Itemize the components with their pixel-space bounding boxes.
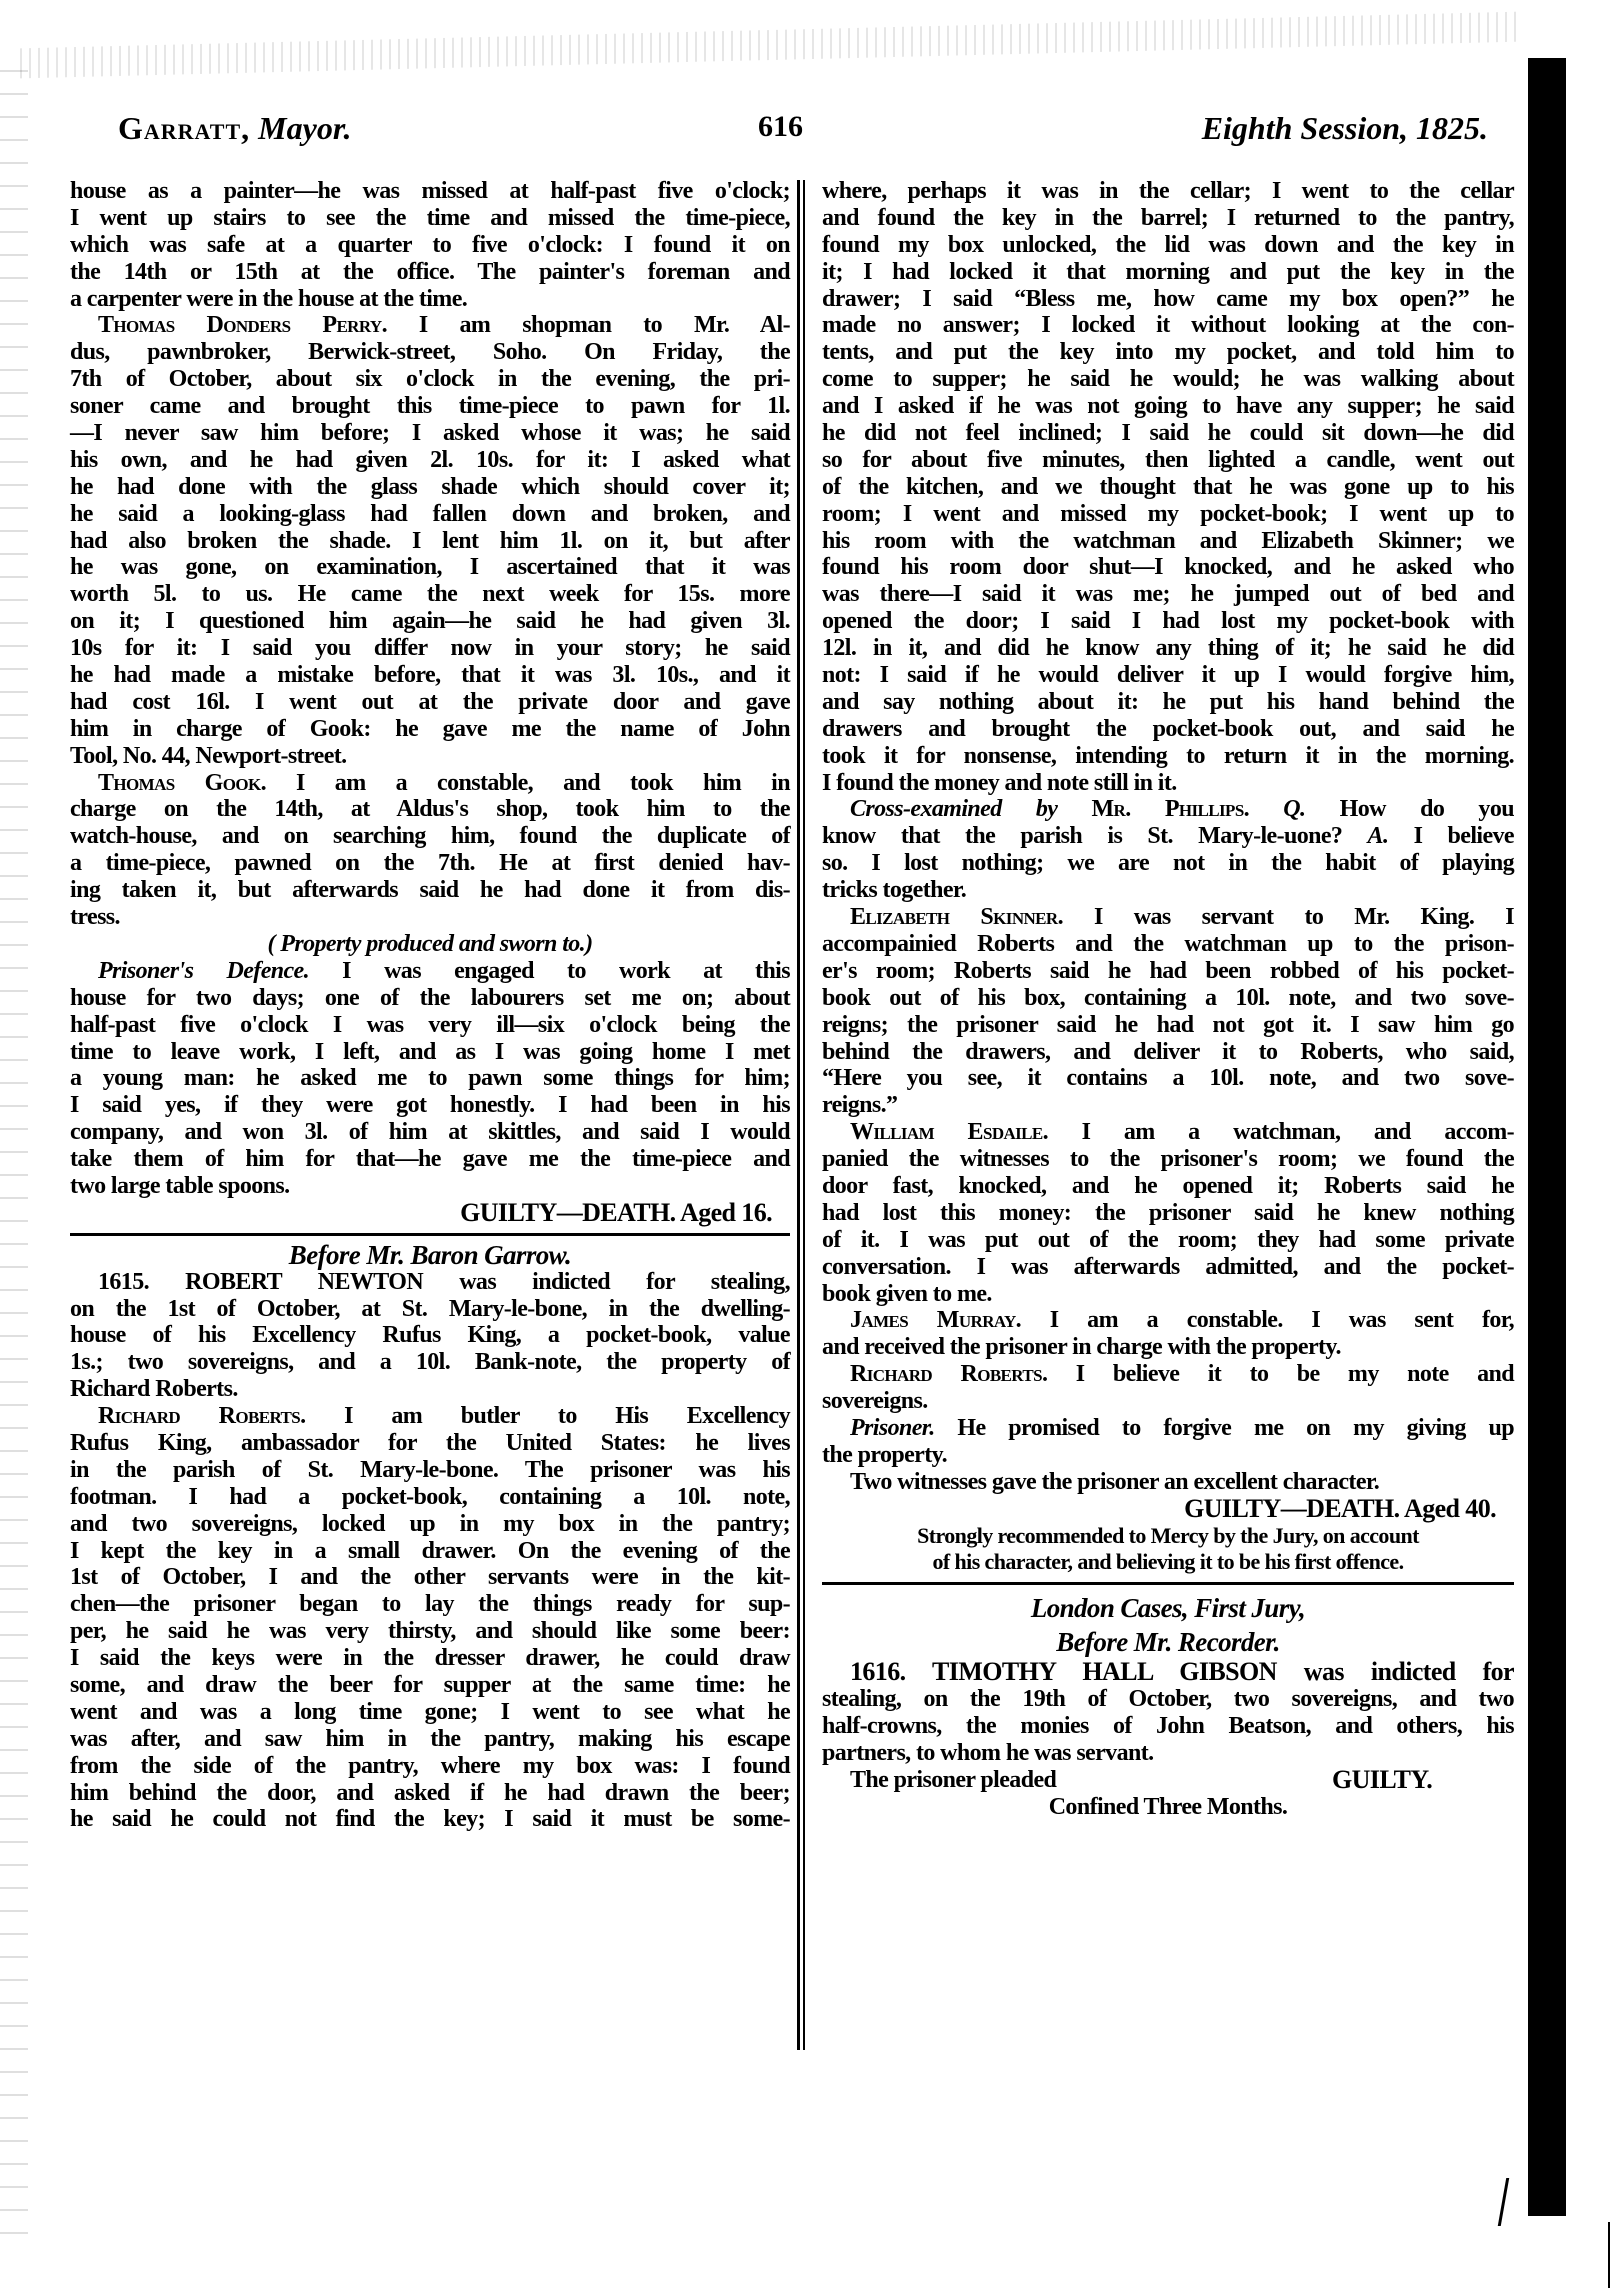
text-line: Thomas Gook. I am a constable, and took … — [70, 770, 790, 797]
text-line: he had done with the glass shade which s… — [70, 474, 790, 501]
text-line: house as a painter—he was missed at half… — [70, 178, 790, 205]
text-line: Tool, No. 44, Newport-street. — [70, 743, 790, 770]
text-line: a time-piece, pawned on the 7th. He at f… — [70, 850, 790, 877]
text-line: went and was a long time gone; I went to… — [70, 1699, 790, 1726]
text-line: so. I lost nothing; we are not in the ha… — [822, 850, 1514, 877]
text-line: 1st of October, I and the other servants… — [70, 1564, 790, 1591]
testimony-skinner: Elizabeth Skinner. I was servant to Mr. … — [822, 904, 1514, 1119]
text-line: it; I had locked it that morning and put… — [822, 259, 1514, 286]
text-line: Prisoner. He promised to forgive me on m… — [822, 1415, 1514, 1442]
scan-edge-noise-top — [20, 12, 1520, 79]
text-line: found his room door shut—I knocked, and … — [822, 554, 1514, 581]
verdict: GUILTY—DEATH. Aged 40. — [822, 1496, 1514, 1523]
plea-line: The prisoner pleaded GUILTY. — [822, 1767, 1514, 1794]
case-1616-indictment: 1616. TIMOTHY HALL GIBSON was indicted f… — [822, 1659, 1514, 1767]
sentence: Confined Three Months. — [822, 1794, 1514, 1821]
text-line: his room with the watchman and Elizabeth… — [822, 528, 1514, 555]
scan-edge-noise-left — [0, 70, 28, 2250]
plea-verdict: GUILTY. — [1332, 1767, 1432, 1794]
ink-mark — [1498, 2178, 1509, 2226]
testimony-roberts: Richard Roberts. I am butler to His Exce… — [70, 1403, 790, 1833]
left-column: house as a painter—he was missed at half… — [70, 178, 790, 1833]
text-line: panied the witnesses to the prisoner's r… — [822, 1146, 1514, 1173]
text-line: opened the door; I said I had lost my po… — [822, 608, 1514, 635]
verdict: GUILTY—DEATH. Aged 16. — [70, 1200, 790, 1227]
character-note: Two witnesses gave the prisoner an excel… — [822, 1469, 1514, 1496]
text-line: behind the drawers, and deliver it to Ro… — [822, 1039, 1514, 1066]
testimony-murray: James Murray. I am a constable. I was se… — [822, 1307, 1514, 1361]
text-line: had cost 16l. I went out at the private … — [70, 689, 790, 716]
case-1615-indictment: 1615. ROBERT NEWTON was indicted for ste… — [70, 1269, 790, 1403]
text-line: 12l. in it, and did he know any thing of… — [822, 635, 1514, 662]
text-line: and two sovereigns, locked up in my box … — [70, 1511, 790, 1538]
prisoner-defence: Prisoner's Defence. I was engaged to wor… — [70, 958, 790, 1200]
text-line: house for two days; one of the labourers… — [70, 985, 790, 1012]
text-line: he was gone, on examination, I ascertain… — [70, 554, 790, 581]
case-number: 1616. — [850, 1657, 906, 1686]
section-heading: London Cases, First Jury, — [822, 1591, 1514, 1625]
case-number: 1615. — [98, 1269, 149, 1295]
text-line: took it for nonsense, intending to retur… — [822, 743, 1514, 770]
defendant-name: ROBERT NEWTON — [185, 1269, 423, 1295]
text-line: found my box unlocked, the lid was down … — [822, 232, 1514, 259]
text-line: him behind the door, and asked if he had… — [70, 1780, 790, 1807]
property-note: ( Property produced and sworn to.) — [70, 931, 790, 958]
defendant-name: TIMOTHY HALL GIBSON — [932, 1657, 1277, 1686]
session-label: Eighth Session, 1825. — [1202, 110, 1488, 147]
text-line: stealing, on the 19th of October, two so… — [822, 1686, 1514, 1713]
text-line: “Here you see, it contains a 10l. note, … — [822, 1065, 1514, 1092]
mercy-recommendation: Strongly recommended to Mercy by the Jur… — [822, 1523, 1514, 1550]
section-rule — [70, 1233, 790, 1236]
text-line: I went up stairs to see the time and mis… — [70, 205, 790, 232]
text-line: 1616. TIMOTHY HALL GIBSON was indicted f… — [822, 1659, 1514, 1686]
text-line: made no answer; I locked it without look… — [822, 312, 1514, 339]
text-line: not: I said if he would deliver it up I … — [822, 662, 1514, 689]
plea-label: The prisoner pleaded — [850, 1767, 1056, 1793]
text-line: ing taken it, but afterwards said he had… — [70, 877, 790, 904]
mayor-title: Mayor. — [258, 110, 351, 146]
text-line: and say nothing about it: he put his han… — [822, 689, 1514, 716]
text-line: half-past five o'clock I was very ill—si… — [70, 1012, 790, 1039]
mayor-name: Garratt, — [118, 110, 250, 146]
text-line: in the parish of St. Mary-le-bone. The p… — [70, 1457, 790, 1484]
text-line: take them of him for that—he gave me the… — [70, 1146, 790, 1173]
text-line: worth 5l. to us. He came the next week f… — [70, 581, 790, 608]
text-line: half-crowns, the monies of John Beatson,… — [822, 1713, 1514, 1740]
text-line: Cross-examined by Mr. Phillips. Q. How d… — [822, 796, 1514, 823]
prisoner-statement: Prisoner. He promised to forgive me on m… — [822, 1415, 1514, 1469]
mercy-recommendation: of his character, and believing it to be… — [822, 1549, 1514, 1576]
text-line: company, and won 3l. of him at skittles,… — [70, 1119, 790, 1146]
text-line: and received the prisoner in charge with… — [822, 1334, 1514, 1361]
text-line: watch-house, and on searching him, found… — [70, 823, 790, 850]
witness-name: James Murray. — [850, 1307, 1021, 1333]
court-heading: Before Mr. Baron Garrow. — [70, 1242, 790, 1269]
scan-edge-line — [1608, 2222, 1610, 2288]
text-line: come to supper; he said he would; he was… — [822, 366, 1514, 393]
text-line: drawers and brought the pocket-book out,… — [822, 716, 1514, 743]
text-line: William Esdaile. I am a watchman, and ac… — [822, 1119, 1514, 1146]
witness-name: Richard Roberts. — [98, 1403, 306, 1429]
right-column: where, perhaps it was in the cellar; I w… — [822, 178, 1514, 1821]
cross-examination: Cross-examined by Mr. Phillips. Q. How d… — [822, 796, 1514, 904]
text-line: was after, and saw him in the pantry, ma… — [70, 1726, 790, 1753]
text-line: Rufus King, ambassador for the United St… — [70, 1430, 790, 1457]
text-line: two large table spoons. — [70, 1173, 790, 1200]
testimony-roberts-recalled: Richard Roberts. I believe it to be my n… — [822, 1361, 1514, 1415]
text-line: where, perhaps it was in the cellar; I w… — [822, 178, 1514, 205]
running-head: Garratt, Mayor. 616 Eighth Session, 1825… — [118, 110, 1488, 150]
book-spine-shadow — [1528, 58, 1566, 2216]
text-line: on the 1st of October, at St. Mary-le-bo… — [70, 1296, 790, 1323]
text-line: and I asked if he was not going to have … — [822, 393, 1514, 420]
text-line: Thomas Donders Perry. I am shopman to Mr… — [70, 312, 790, 339]
court-heading: Before Mr. Recorder. — [822, 1625, 1514, 1659]
counsel-name: Mr. Phillips. — [1092, 796, 1250, 822]
testimony-gook: Thomas Gook. I am a constable, and took … — [70, 770, 790, 931]
text-line: of the kitchen, and we thought that he w… — [822, 474, 1514, 501]
text-line: door fast, knocked, and he opened it; Ro… — [822, 1173, 1514, 1200]
text-line: Richard Roberts. I am butler to His Exce… — [70, 1403, 790, 1430]
text-line: James Murray. I am a constable. I was se… — [822, 1307, 1514, 1334]
text-line: of it. I was put out of the room; they h… — [822, 1227, 1514, 1254]
text-line: Elizabeth Skinner. I was servant to Mr. … — [822, 904, 1514, 931]
text-line: reigns; the prisoner said he had not got… — [822, 1012, 1514, 1039]
cross-label: Cross-examined by — [850, 796, 1057, 822]
paragraph-continuation: house as a painter—he was missed at half… — [70, 178, 790, 312]
text-line: I said the keys were in the dresser draw… — [70, 1645, 790, 1672]
text-line: he did not feel inclined; I said he coul… — [822, 420, 1514, 447]
text-line: per, he said he was very thirsty, and sh… — [70, 1618, 790, 1645]
text-line: —I never saw him before; I asked whose i… — [70, 420, 790, 447]
text-line: tents, and put the key into my pocket, a… — [822, 339, 1514, 366]
text-line: him in charge of Gook: he gave me the na… — [70, 716, 790, 743]
column-divider — [797, 180, 805, 2050]
text-line: sovereigns. — [822, 1388, 1514, 1415]
text-line: soner came and brought this time-piece t… — [70, 393, 790, 420]
text-line: conversation. I was afterwards admitted,… — [822, 1254, 1514, 1281]
witness-name: Richard Roberts. — [850, 1361, 1047, 1387]
page-number: 616 — [758, 110, 803, 144]
text-line: tricks together. — [822, 877, 1514, 904]
text-line: tress. — [70, 904, 790, 931]
text-line: drawer; I said “Bless me, how came my bo… — [822, 286, 1514, 313]
text-line: a young man: he asked me to pawn some th… — [70, 1065, 790, 1092]
text-line: had lost this money: the prisoner said h… — [822, 1200, 1514, 1227]
text-line: the 14th or 15th at the office. The pain… — [70, 259, 790, 286]
text-line: the property. — [822, 1442, 1514, 1469]
text-line: which was safe at a quarter to five o'cl… — [70, 232, 790, 259]
text-line: 10s for it: I said you differ now in you… — [70, 635, 790, 662]
text-line: some, and draw the beer for supper at th… — [70, 1672, 790, 1699]
text-line: a carpenter were in the house at the tim… — [70, 286, 790, 313]
text-line: he said a looking-glass had fallen down … — [70, 501, 790, 528]
text-line: dus, pawnbroker, Berwick-street, Soho. O… — [70, 339, 790, 366]
testimony-esdaile: William Esdaile. I am a watchman, and ac… — [822, 1119, 1514, 1307]
text-line: er's room; Roberts said he had been robb… — [822, 958, 1514, 985]
text-line: he had made a mistake before, that it wa… — [70, 662, 790, 689]
witness-name: William Esdaile. — [850, 1119, 1048, 1145]
text-line: room; I went and missed my pocket-book; … — [822, 501, 1514, 528]
text-line: footman. I had a pocket-book, containing… — [70, 1484, 790, 1511]
text-line: his own, and he had given 2l. 10s. for i… — [70, 447, 790, 474]
text-line: had also broken the shade. I lent him 1l… — [70, 528, 790, 555]
text-line: Prisoner's Defence. I was engaged to wor… — [70, 958, 790, 985]
text-line: 7th of October, about six o'clock in the… — [70, 366, 790, 393]
text-line: so for about five minutes, then lighted … — [822, 447, 1514, 474]
text-line: on it; I questioned him again—he said he… — [70, 608, 790, 635]
defence-label: Prisoner's Defence. — [98, 958, 309, 984]
text-line: house of his Excellency Rufus King, a po… — [70, 1322, 790, 1349]
text-line: chen—the prisoner began to lay the thing… — [70, 1591, 790, 1618]
witness-name: Thomas Gook. — [98, 770, 266, 796]
prisoner-label: Prisoner. — [850, 1415, 935, 1441]
section-rule — [822, 1582, 1514, 1585]
text-line: I said yes, if they were got honestly. I… — [70, 1092, 790, 1119]
text-line: was there—I said it was me; he jumped ou… — [822, 581, 1514, 608]
text-line: charge on the 14th, at Aldus's shop, too… — [70, 796, 790, 823]
scanned-page: Garratt, Mayor. 616 Eighth Session, 1825… — [0, 0, 1611, 2288]
text-line: I found the money and note still in it. — [822, 770, 1514, 797]
text-line: from the side of the pantry, where my bo… — [70, 1753, 790, 1780]
witness-name: Elizabeth Skinner. — [850, 904, 1063, 930]
text-line: I kept the key in a small drawer. On the… — [70, 1538, 790, 1565]
text-line: accompainied Roberts and the watchman up… — [822, 931, 1514, 958]
text-line: he said he could not find the key; I sai… — [70, 1806, 790, 1833]
witness-name: Thomas Donders Perry. — [98, 312, 387, 338]
text-line: know that the parish is St. Mary-le-uone… — [822, 823, 1514, 850]
testimony-perry: Thomas Donders Perry. I am shopman to Mr… — [70, 312, 790, 769]
text-line: Richard Roberts. — [70, 1376, 790, 1403]
testimony-roberts-continued: where, perhaps it was in the cellar; I w… — [822, 178, 1514, 796]
text-line: book out of his box, containing a 10l. n… — [822, 985, 1514, 1012]
text-line: Richard Roberts. I believe it to be my n… — [822, 1361, 1514, 1388]
text-line: 1s.; two sovereigns, and a 10l. Bank-not… — [70, 1349, 790, 1376]
text-line: reigns.” — [822, 1092, 1514, 1119]
text-line: and found the key in the barrel; I retur… — [822, 205, 1514, 232]
text-line: time to leave work, I left, and as I was… — [70, 1039, 790, 1066]
text-line: partners, to whom he was servant. — [822, 1740, 1514, 1767]
running-head-left: Garratt, Mayor. — [118, 110, 352, 147]
text-line: book given to me. — [822, 1281, 1514, 1308]
text-line: 1615. ROBERT NEWTON was indicted for ste… — [70, 1269, 790, 1296]
